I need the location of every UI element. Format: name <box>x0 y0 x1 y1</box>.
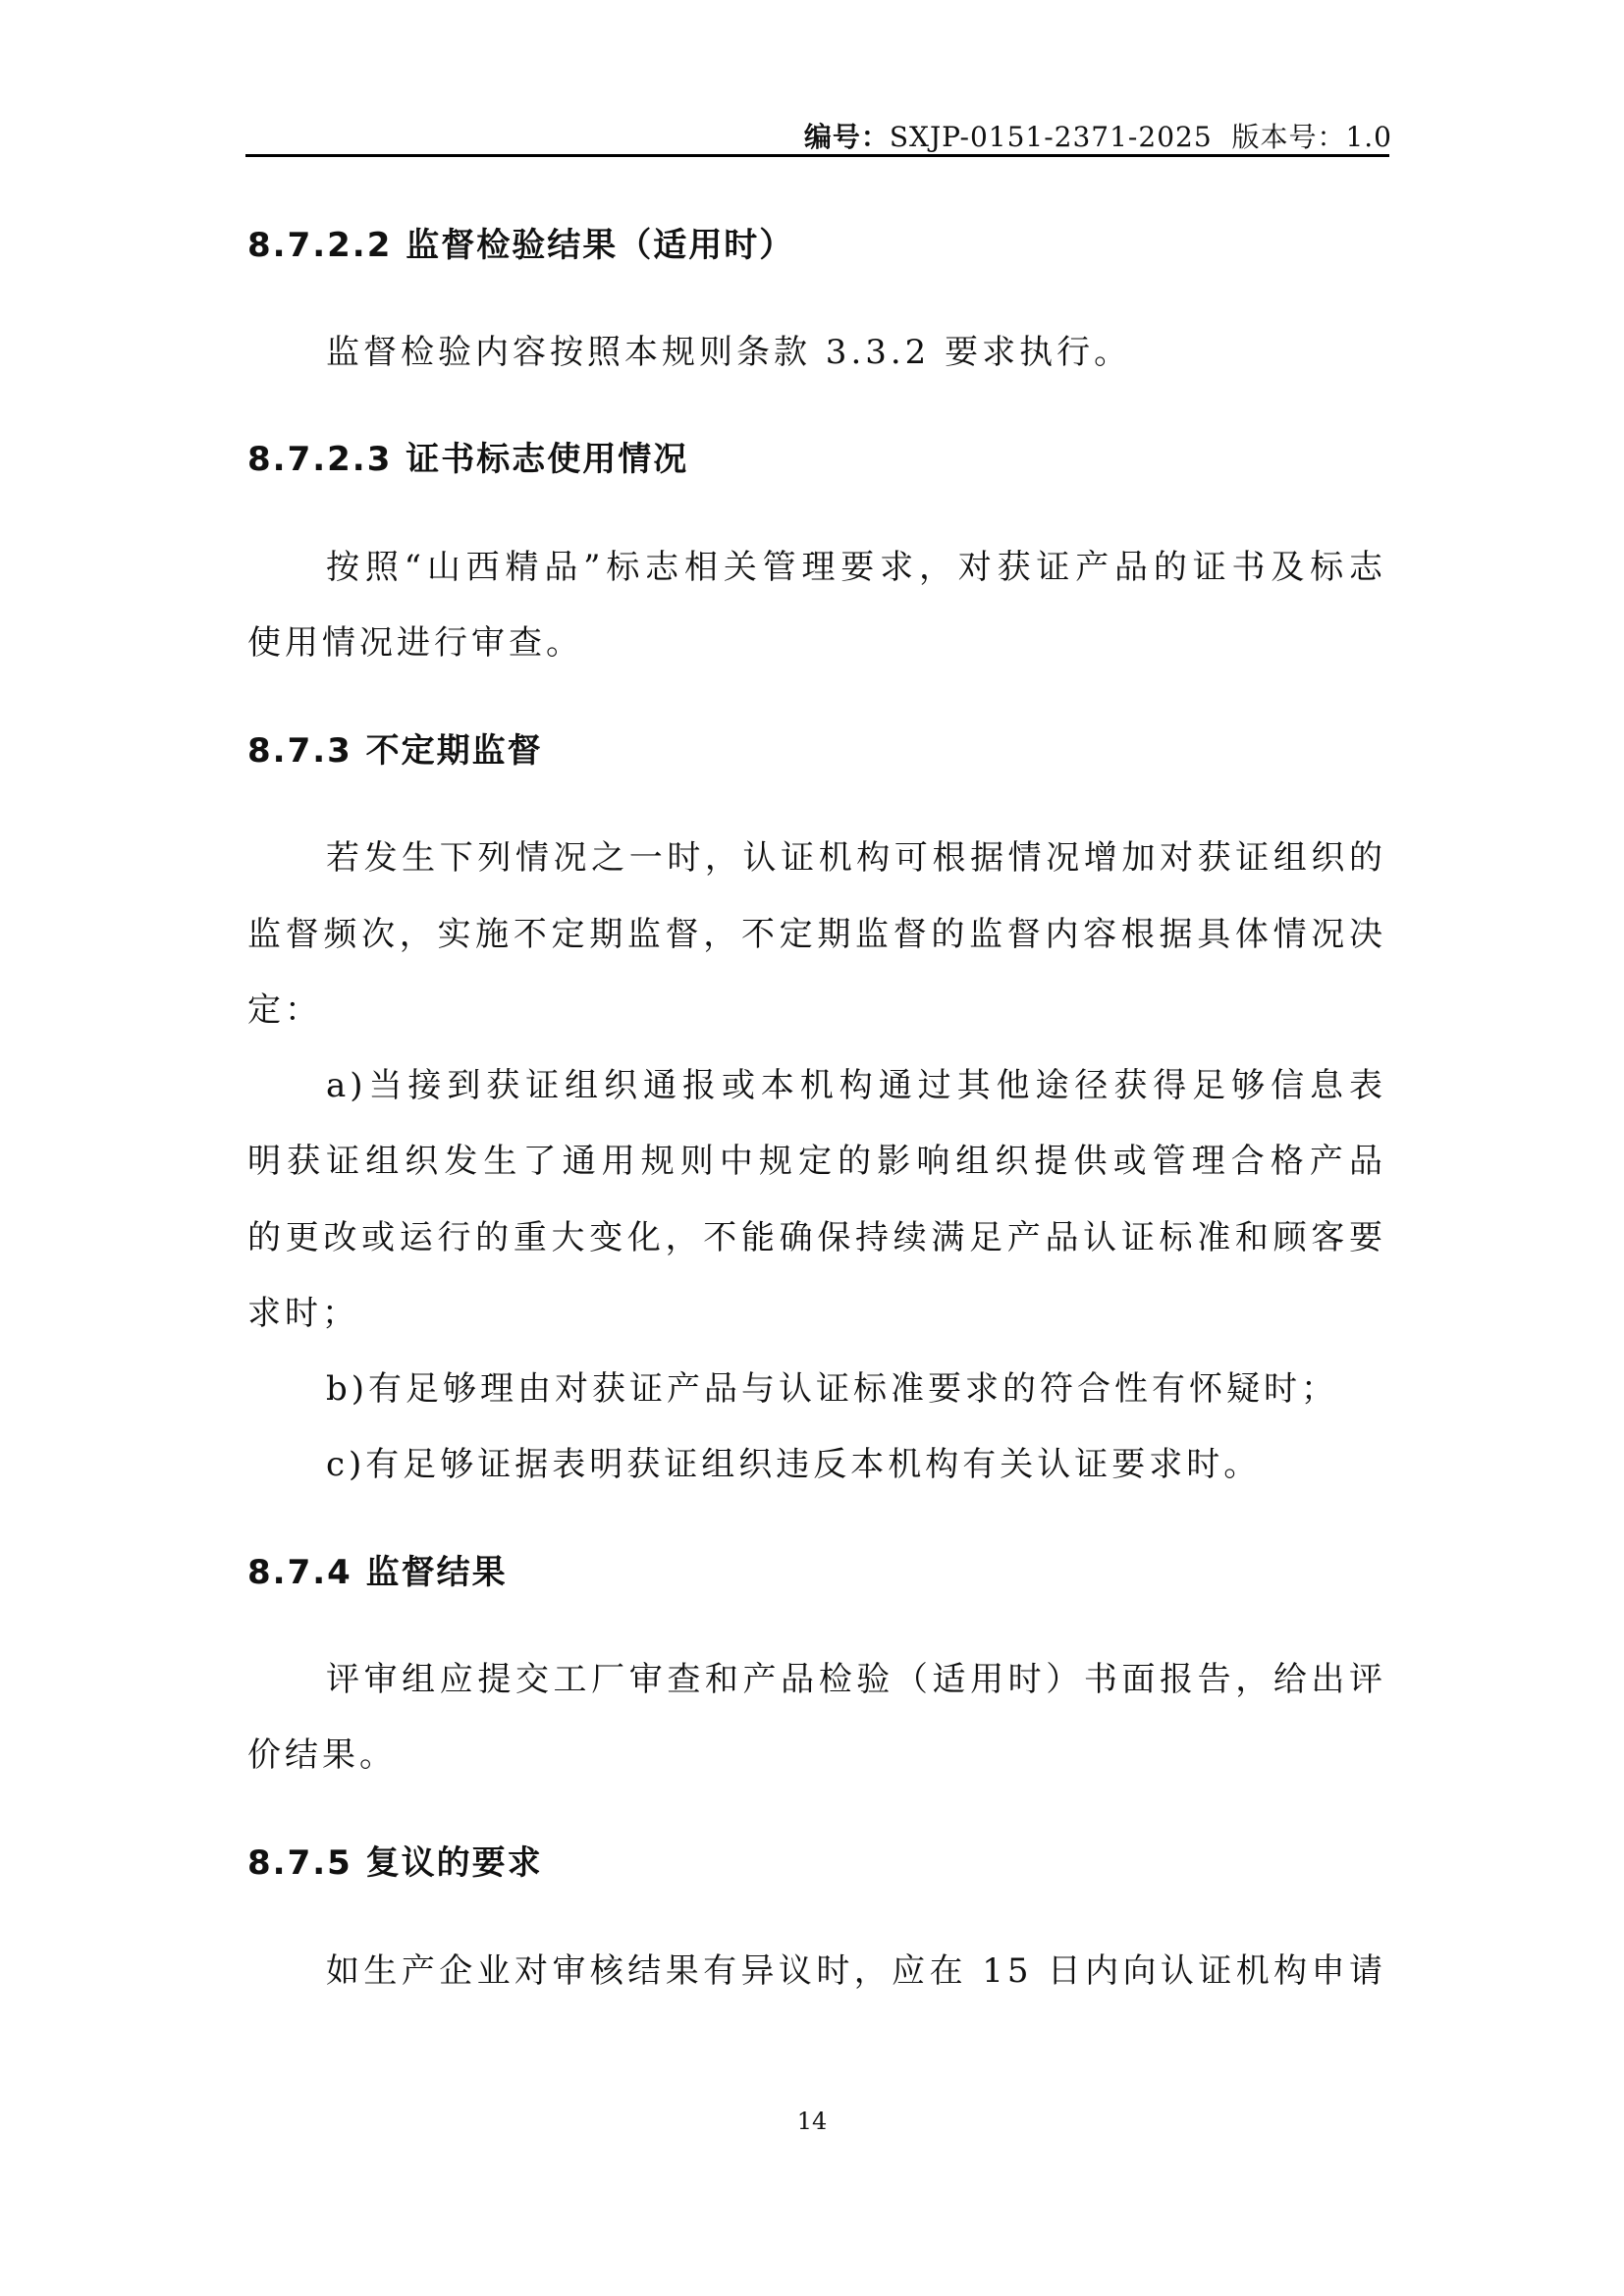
paragraph-line: 评审组应提交工厂审查和产品检验（适用时）书面报告，给出评 <box>326 1652 1386 1700</box>
section-heading-8-7-2-3: 8.7.2.3 证书标志使用情况 <box>247 432 688 480</box>
section-heading-8-7-4: 8.7.4 监督结果 <box>247 1545 508 1593</box>
paragraph-line: 使用情况进行审查。 <box>247 615 583 664</box>
list-item-b: b)有足够理由对获证产品与认证标准要求的符合性有怀疑时； <box>326 1362 1338 1410</box>
section-heading-8-7-5: 8.7.5 复议的要求 <box>247 1836 543 1884</box>
paragraph-line: 监督频次，实施不定期监督，不定期监督的监督内容根据具体情况决 <box>247 907 1386 955</box>
paragraph-line: 监督检验内容按照本规则条款 3.3.2 要求执行。 <box>326 325 1131 373</box>
doc-number-label: 编号： <box>804 121 890 153</box>
header-divider <box>245 154 1389 157</box>
paragraph-line: 明获证组织发生了通用规则中规定的影响组织提供或管理合格产品 <box>247 1134 1386 1182</box>
page-number: 14 <box>0 2108 1624 2135</box>
paragraph-line: 的更改或运行的重大变化，不能确保持续满足产品认证标准和顾客要 <box>247 1210 1386 1258</box>
version-number: 1.0 <box>1345 121 1392 153</box>
version-label: 版本号： <box>1231 121 1345 153</box>
paragraph-line: 求时； <box>247 1286 359 1334</box>
paragraph-line: 定： <box>247 983 322 1031</box>
header-doc-info: 编号：SXJP-0151-2371-2025 版本号：1.0 <box>804 116 1392 155</box>
paragraph-line: 若发生下列情况之一时，认证机构可根据情况增加对获证组织的 <box>326 830 1386 879</box>
list-item-c: c)有足够证据表明获证组织违反本机构有关认证要求时。 <box>326 1437 1261 1485</box>
section-heading-8-7-2-2: 8.7.2.2 监督检验结果（适用时） <box>247 218 794 266</box>
paragraph-line: 如生产企业对审核结果有异议时，应在 15 日内向认证机构申请 <box>326 1944 1386 1992</box>
section-heading-8-7-3: 8.7.3 不定期监督 <box>247 723 543 772</box>
doc-number: SXJP-0151-2371-2025 <box>890 121 1213 153</box>
paragraph-line: 价结果。 <box>247 1728 397 1776</box>
list-item-a: a)当接到获证组织通报或本机构通过其他途径获得足够信息表 <box>326 1058 1386 1106</box>
paragraph-line: 按照“山西精品”标志相关管理要求，对获证产品的证书及标志 <box>326 540 1386 588</box>
